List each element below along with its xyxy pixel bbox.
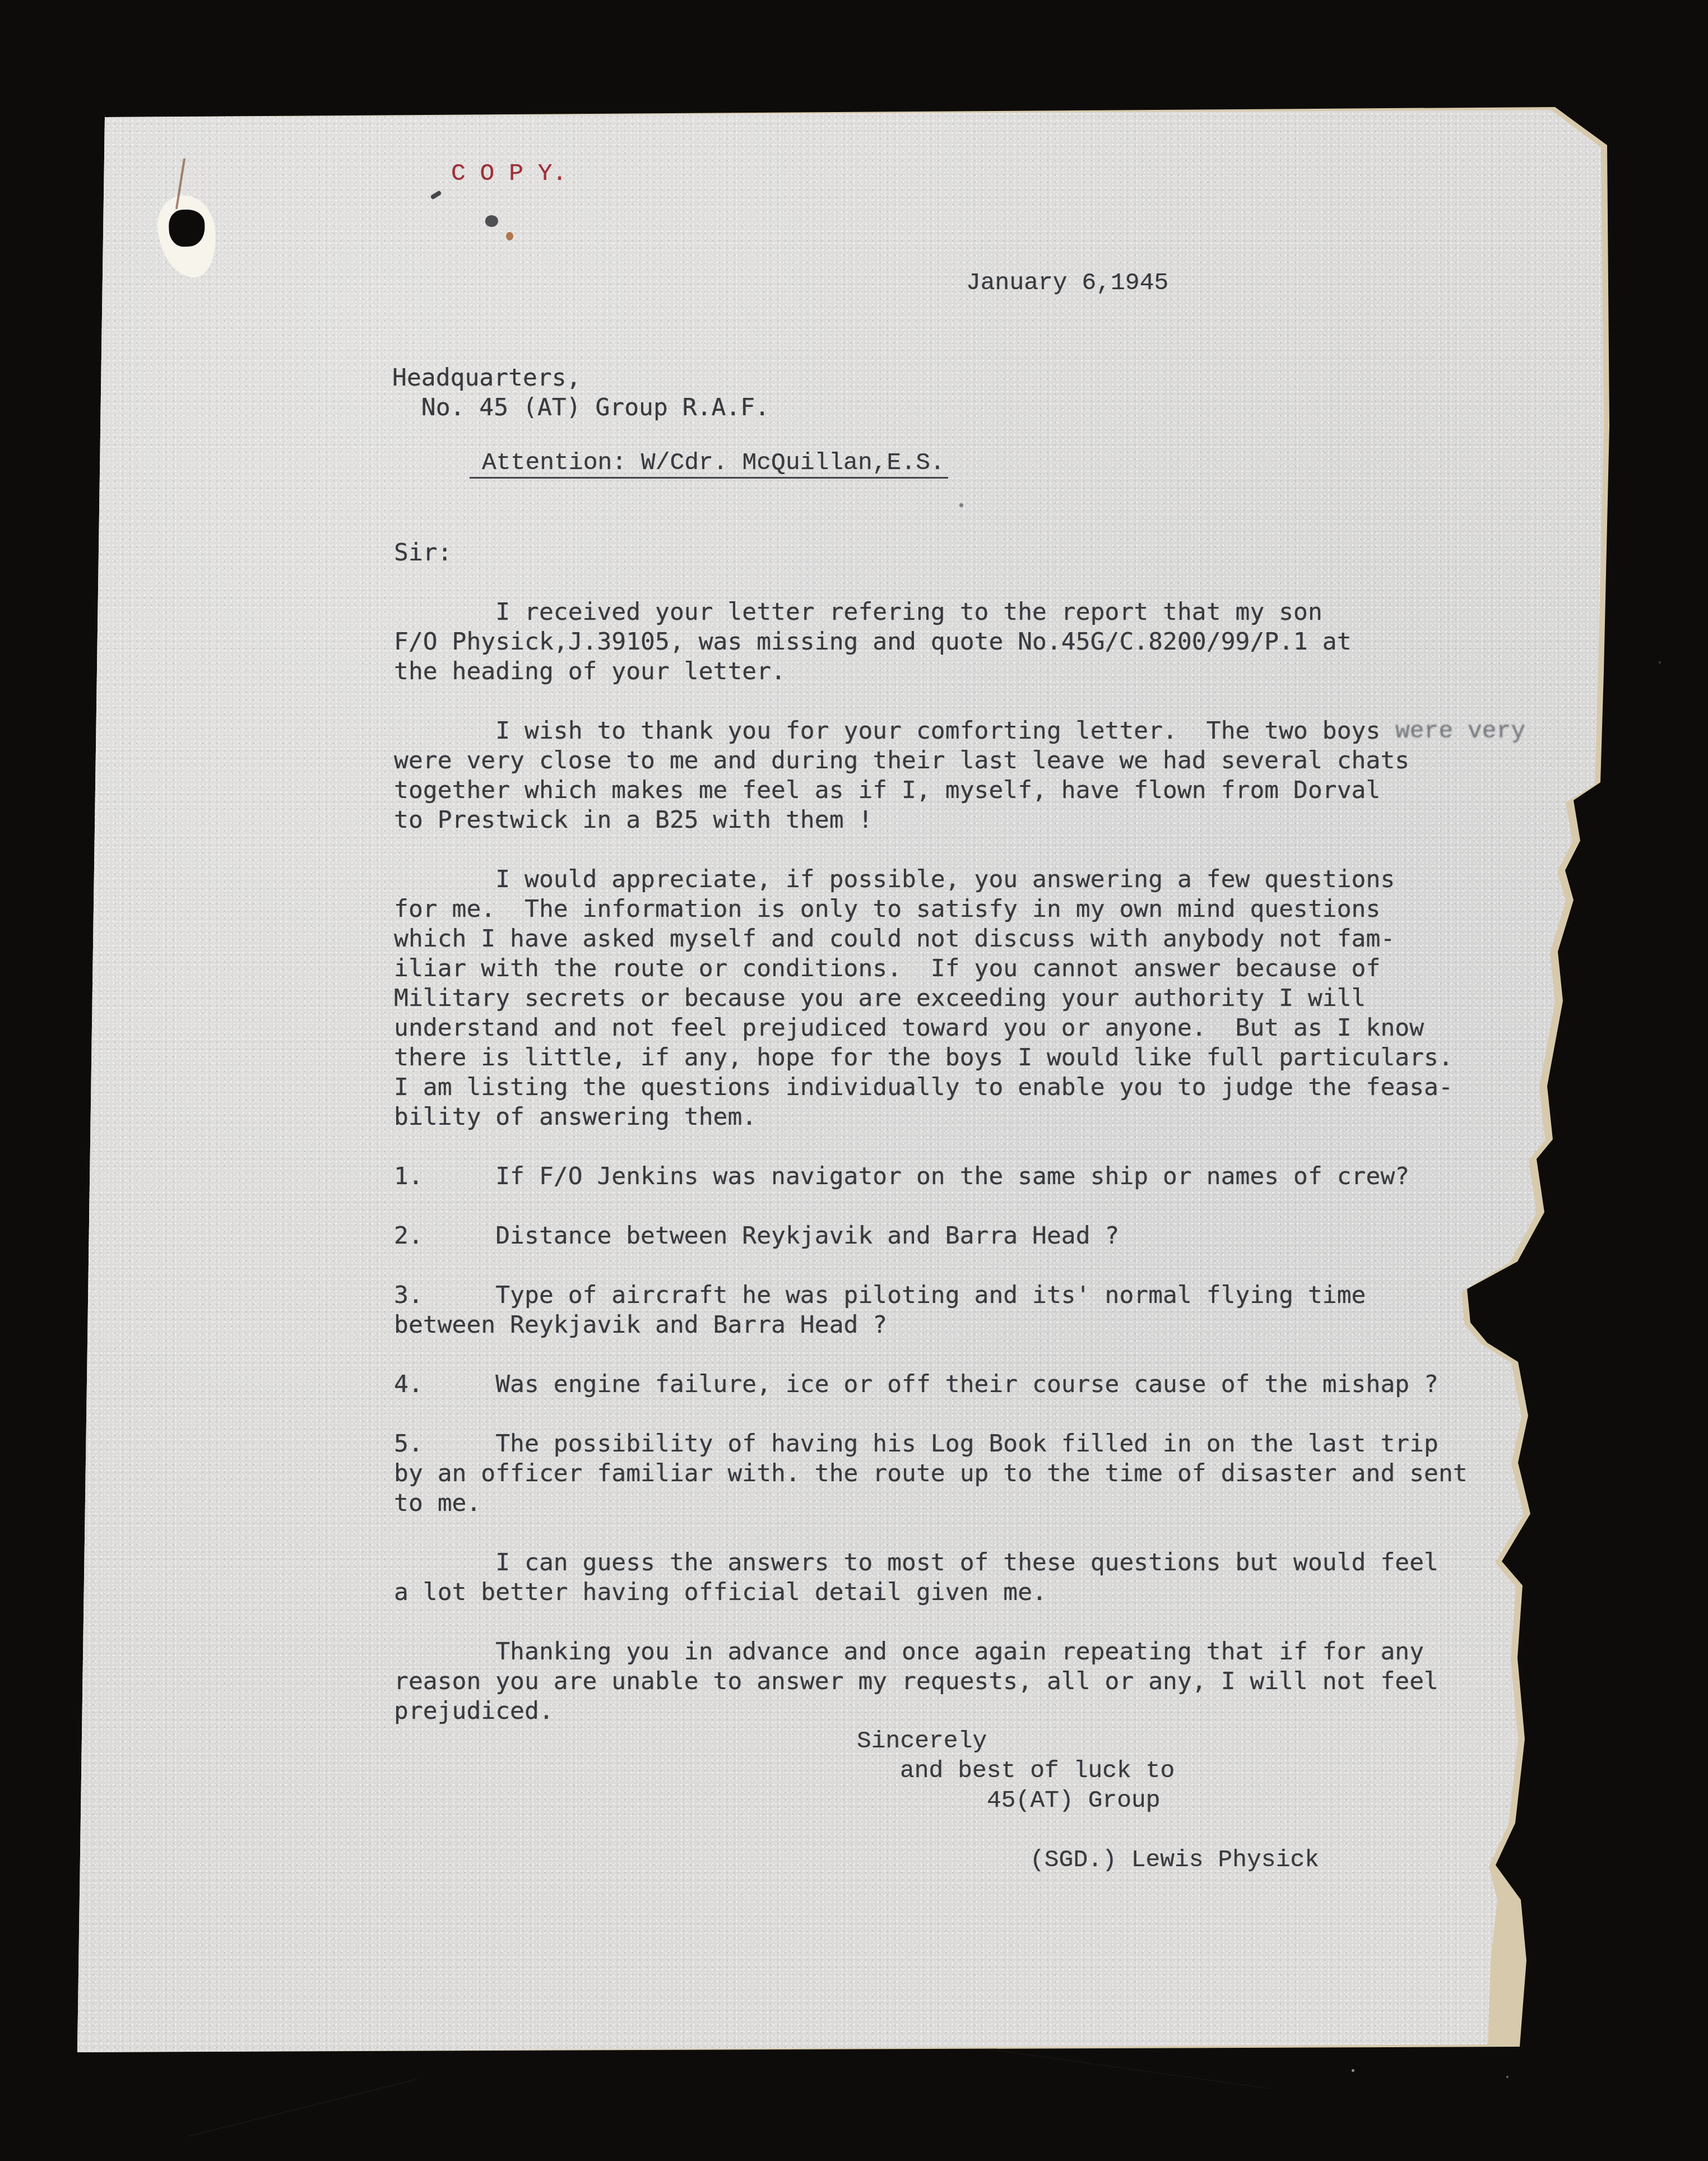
closing-luck: and best of luck to bbox=[900, 1756, 1175, 1786]
closing-group: 45(AT) Group bbox=[987, 1786, 1161, 1815]
ghost-offset-text: were very bbox=[1395, 716, 1525, 746]
dust-speck bbox=[1659, 661, 1661, 664]
scratch-mark bbox=[188, 2079, 417, 2137]
scanned-letter-page: C O P Y. January 6,1945 Headquarters, No… bbox=[0, 0, 1708, 2161]
scratch-mark bbox=[982, 2048, 1270, 2089]
dust-speck bbox=[1352, 2069, 1354, 2072]
signature: (SGD.) Lewis Physick bbox=[1030, 1845, 1319, 1875]
paper-blemish bbox=[959, 503, 963, 507]
attention-line: Attention: W/Cdr. McQuillan,E.S. bbox=[470, 450, 948, 479]
torn-punch-hole bbox=[155, 192, 220, 281]
date-line: January 6,1945 bbox=[966, 268, 1168, 298]
dust-speck bbox=[1506, 2076, 1509, 2078]
closing-sincerely: Sincerely bbox=[857, 1726, 987, 1756]
address-block: Headquarters, No. 45 (AT) Group R.A.F. bbox=[392, 363, 769, 423]
letter-sheet: C O P Y. January 6,1945 Headquarters, No… bbox=[0, 0, 1708, 2161]
attention-line-wrap: Attention: W/Cdr. McQuillan,E.S. bbox=[482, 450, 948, 479]
paper-blemish bbox=[430, 190, 442, 200]
paper-blemish bbox=[506, 232, 513, 240]
paper-blemish bbox=[484, 214, 499, 228]
punch-hole-opening bbox=[168, 209, 205, 247]
copy-stamp: C O P Y. bbox=[451, 159, 567, 188]
letter-body: Sir: I received your letter refering to … bbox=[394, 538, 1468, 1726]
